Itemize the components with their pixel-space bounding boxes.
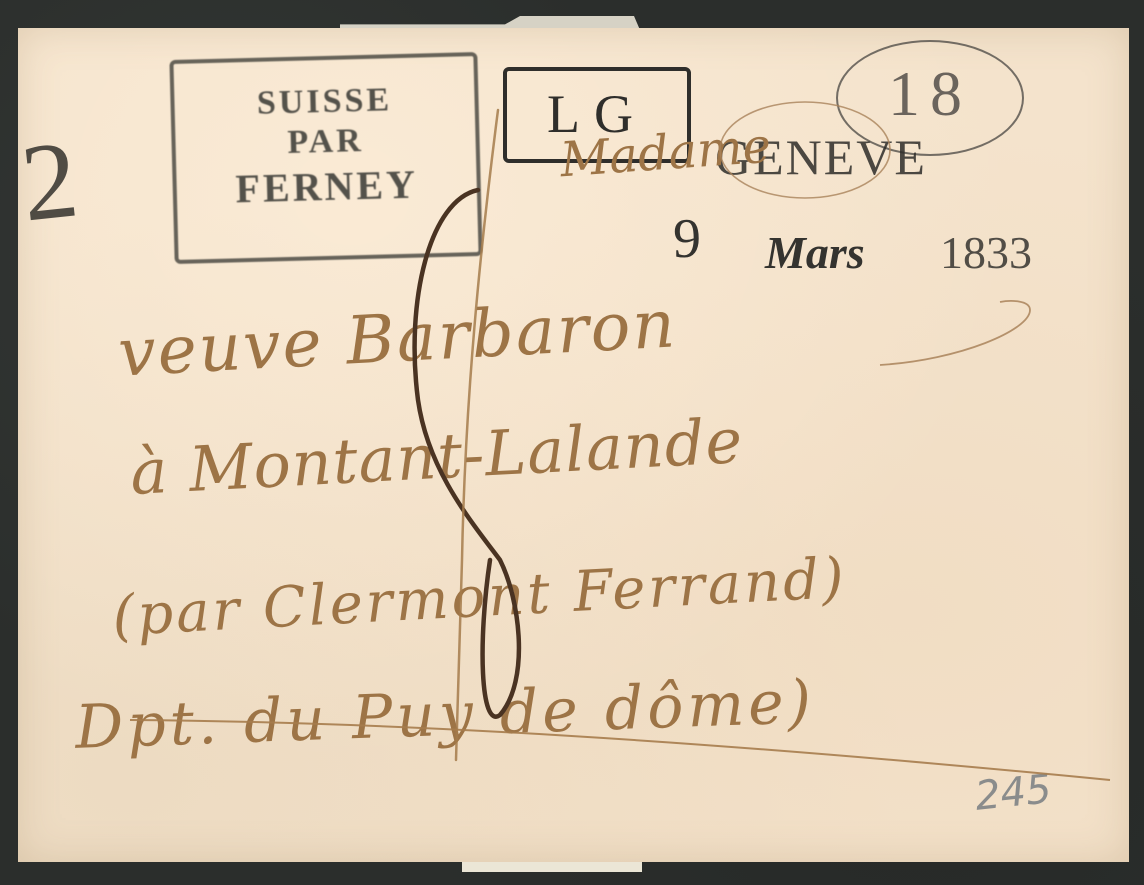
datestamp-year: 1833	[940, 226, 1032, 279]
suisse-par-ferney-postmark: SUISSE PAR FERNEY	[169, 52, 482, 264]
letter-bottom-flap	[462, 862, 642, 872]
datestamp-day: 9	[673, 207, 701, 271]
pencil-notation: 245	[973, 766, 1054, 820]
postmark-line: FERNEY	[176, 158, 477, 216]
datestamp-month: Mars	[765, 226, 865, 279]
